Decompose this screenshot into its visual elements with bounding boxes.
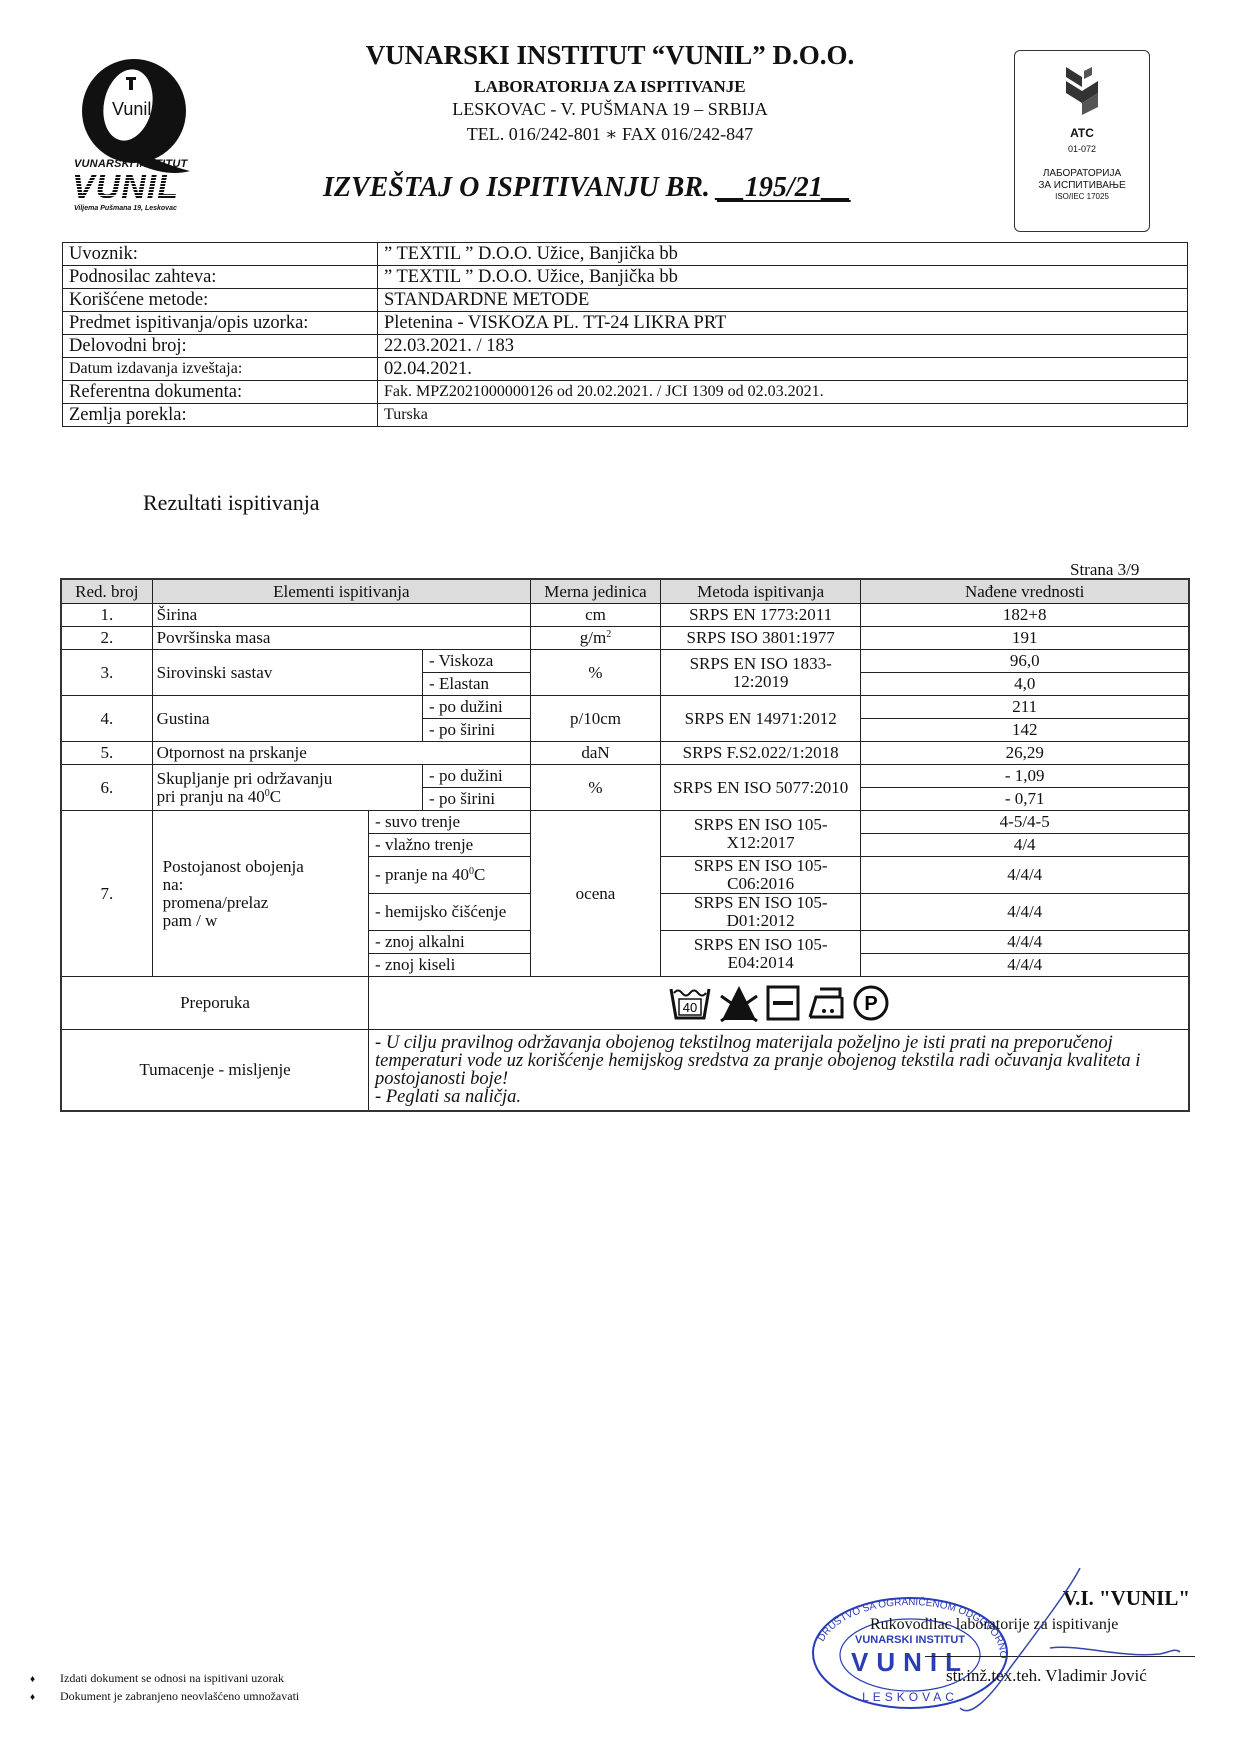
- row-value: 4,0: [861, 673, 1189, 696]
- org-address: LESKOVAC - V. PUŠMANA 19 – SRBIJA: [300, 99, 920, 120]
- logo-address: Viljema Pušmana 19, Leskovac: [74, 205, 177, 212]
- note-item: Izdati dokument se odnosi na ispitivani …: [30, 1670, 299, 1688]
- accreditation-badge: ATC 01-072 ЛАБОРАТОРИЈА ЗА ИСПИТИВАЊЕ IS…: [1014, 50, 1150, 232]
- info-row: Delovodni broj:22.03.2021. / 183: [63, 335, 1188, 358]
- report-number: __195/21__: [717, 172, 851, 203]
- info-row: Referentna dokumenta:Fak. MPZ20210000001…: [63, 381, 1188, 404]
- row-no: 6.: [61, 765, 152, 811]
- recommendation-label: Preporuka: [61, 977, 369, 1030]
- row-value: 4-5/4-5: [861, 811, 1189, 834]
- row-sub-label: - po širini: [423, 788, 531, 811]
- element-line: na:: [163, 876, 364, 894]
- row-value: 211: [861, 696, 1189, 719]
- element-line: Skupljanje pri održavanju: [157, 770, 418, 788]
- row-sub-label: - znoj kiseli: [369, 954, 531, 977]
- info-label: Uvoznik:: [63, 243, 378, 266]
- info-label: Predmet ispitivanja/opis uzorka:: [63, 312, 378, 335]
- handwritten-signature: [930, 1568, 1190, 1718]
- atc-lab-line2: ЗА ИСПИТИВАЊЕ: [1015, 180, 1149, 192]
- row-unit: p/10cm: [531, 696, 661, 742]
- atc-standard: ISO/IEC 17025: [1015, 192, 1149, 201]
- row-method: SRPS ISO 3801:1977: [660, 627, 860, 650]
- note-item: Dokument je zabranjeno neovlašćeno umnož…: [30, 1688, 299, 1706]
- table-row: 7. Postojanost obojenja na: promena/prel…: [61, 811, 1189, 834]
- info-label: Datum izdavanja izveštaja:: [63, 358, 378, 381]
- row-sub-label: - po širini: [423, 719, 531, 742]
- report-title: IZVEŠTAJ O ISPITIVANJU BR. __195/21__: [323, 172, 851, 204]
- lab-name: LABORATORIJA ZA ISPITIVANJE: [300, 77, 920, 97]
- row-method: SRPS EN ISO 105-X12:2017: [660, 811, 860, 857]
- row-value: 4/4/4: [861, 894, 1189, 931]
- row-method: SRPS F.S2.022/1:2018: [660, 742, 860, 765]
- dry-clean-p-icon: P: [852, 984, 890, 1022]
- header-value: Nađene vrednosti: [861, 579, 1189, 604]
- row-value: 142: [861, 719, 1189, 742]
- info-value: Pletenina - VISKOZA PL. TT-24 LIKRA PRT: [378, 312, 1188, 335]
- element-line: Postojanost obojenja: [163, 858, 364, 876]
- row-element: Otpornost na prskanje: [152, 742, 530, 765]
- element-line: promena/prelaz: [163, 894, 364, 912]
- table-row: 5. Otpornost na prskanje daN SRPS F.S2.0…: [61, 742, 1189, 765]
- results-header-row: Red. broj Elementi ispitivanja Merna jed…: [61, 579, 1189, 604]
- header-method: Metoda ispitivanja: [660, 579, 860, 604]
- row-sub-label: - hemijsko čišćenje: [369, 894, 531, 931]
- unit-sup: 2: [606, 629, 611, 640]
- row-element: Površinska masa: [152, 627, 530, 650]
- row-unit: %: [531, 765, 661, 811]
- info-row: Korišćene metode:STANDARDNE METODE: [63, 289, 1188, 312]
- row-method: SRPS EN ISO 105-C06:2016: [660, 857, 860, 894]
- row-sub-label: - pranje na 400C: [369, 857, 531, 894]
- results-title: Rezultati ispitivanja: [143, 490, 320, 516]
- row-sub-label: - po dužini: [423, 696, 531, 719]
- element-text: pri pranju na 40: [157, 787, 265, 806]
- atc-mark-icon: [1062, 63, 1102, 115]
- row-method: SRPS EN ISO 1833-12:2019: [660, 650, 860, 696]
- interpretation-text: - U cilju pravilnog održavanja obojenog …: [369, 1030, 1189, 1112]
- info-row: Uvoznik:” TEXTIL ” D.O.O. Užice, Banjičk…: [63, 243, 1188, 266]
- row-value: 191: [861, 627, 1189, 650]
- page-indicator: Strana 3/9: [1070, 560, 1139, 580]
- row-value: 182+8: [861, 604, 1189, 627]
- interpretation-label: Tumacenje - misljenje: [61, 1030, 369, 1112]
- row-unit: daN: [531, 742, 661, 765]
- info-value: Turska: [378, 404, 1188, 427]
- row-no: 3.: [61, 650, 152, 696]
- row-value: 26,29: [861, 742, 1189, 765]
- info-value: ” TEXTIL ” D.O.O. Užice, Banjička bb: [378, 266, 1188, 289]
- row-element: Skupljanje pri održavanju pri pranju na …: [152, 765, 422, 811]
- org-contact: TEL. 016/242-801 ∗ FAX 016/242-847: [300, 124, 920, 145]
- row-method: SRPS EN 1773:2011: [660, 604, 860, 627]
- atc-lab-line1: ЛАБОРАТОРИЈА: [1015, 168, 1149, 180]
- info-row: Predmet ispitivanja/opis uzorka:Pletenin…: [63, 312, 1188, 335]
- no-bleach-icon: [718, 984, 760, 1022]
- table-row: 2. Površinska masa g/m2 SRPS ISO 3801:19…: [61, 627, 1189, 650]
- row-value: - 1,09: [861, 765, 1189, 788]
- row-no: 5.: [61, 742, 152, 765]
- row-no: 7.: [61, 811, 152, 977]
- row-method: SRPS EN ISO 105-E04:2014: [660, 931, 860, 977]
- atc-number: 01-072: [1015, 144, 1149, 154]
- header-unit: Merna jedinica: [531, 579, 661, 604]
- row-sub-label: - suvo trenje: [369, 811, 531, 834]
- info-value: STANDARDNE METODE: [378, 289, 1188, 312]
- info-label: Delovodni broj:: [63, 335, 378, 358]
- info-row: Datum izdavanja izveštaja:02.04.2021.: [63, 358, 1188, 381]
- svg-text:Vunil: Vunil: [112, 99, 151, 119]
- info-value: 02.04.2021.: [378, 358, 1188, 381]
- org-name: VUNARSKI INSTITUT “VUNIL” D.O.O.: [300, 40, 920, 71]
- row-value: - 0,71: [861, 788, 1189, 811]
- info-label: Zemlja porekla:: [63, 404, 378, 427]
- row-value: 4/4/4: [861, 857, 1189, 894]
- info-row: Podnosilac zahteva:” TEXTIL ” D.O.O. Uži…: [63, 266, 1188, 289]
- svg-text:40: 40: [682, 1000, 696, 1015]
- row-no: 1.: [61, 604, 152, 627]
- row-sub-label: - znoj alkalni: [369, 931, 531, 954]
- row-sub-label: - po dužini: [423, 765, 531, 788]
- row-element: Gustina: [152, 696, 422, 742]
- footer-notes: Izdati dokument se odnosi na ispitivani …: [30, 1670, 299, 1706]
- info-label: Podnosilac zahteva:: [63, 266, 378, 289]
- interpretation-line: - Peglati sa naličja.: [375, 1088, 1182, 1106]
- info-label: Korišćene metode:: [63, 289, 378, 312]
- row-value: 4/4/4: [861, 931, 1189, 954]
- sub-label-tail: C: [474, 865, 485, 884]
- results-table: Red. broj Elementi ispitivanja Merna jed…: [60, 578, 1190, 1112]
- info-value: ” TEXTIL ” D.O.O. Užice, Banjička bb: [378, 243, 1188, 266]
- sub-label-text: - pranje na 40: [375, 865, 469, 884]
- svg-text:P: P: [864, 993, 877, 1015]
- element-line: pri pranju na 400C: [157, 788, 418, 806]
- row-value: 4/4: [861, 834, 1189, 857]
- row-method: SRPS EN 14971:2012: [660, 696, 860, 742]
- row-no: 4.: [61, 696, 152, 742]
- atc-name: ATC: [1015, 126, 1149, 140]
- element-line: pam / w: [163, 912, 364, 930]
- row-method: SRPS EN ISO 105-D01:2012: [660, 894, 860, 931]
- iron-medium-icon: [806, 985, 846, 1021]
- row-element: Širina: [152, 604, 530, 627]
- info-row: Zemlja porekla:Turska: [63, 404, 1188, 427]
- flat-dry-icon: [766, 985, 800, 1021]
- row-sub-label: - vlažno trenje: [369, 834, 531, 857]
- info-value: Fak. MPZ2021000000126 od 20.02.2021. / J…: [378, 381, 1188, 404]
- table-row: 4. Gustina - po dužini p/10cm SRPS EN 14…: [61, 696, 1189, 719]
- wash-40-icon: 40: [668, 985, 712, 1021]
- row-no: 2.: [61, 627, 152, 650]
- row-sub-label: - Elastan: [423, 673, 531, 696]
- care-symbols: 40 P: [369, 977, 1189, 1030]
- info-label: Referentna dokumenta:: [63, 381, 378, 404]
- row-unit: cm: [531, 604, 661, 627]
- table-row: 3. Sirovinski sastav - Viskoza % SRPS EN…: [61, 650, 1189, 673]
- table-row: 6. Skupljanje pri održavanju pri pranju …: [61, 765, 1189, 788]
- row-method: SRPS EN ISO 5077:2010: [660, 765, 860, 811]
- element-tail: C: [270, 787, 281, 806]
- row-unit: g/m2: [531, 627, 661, 650]
- header-no: Red. broj: [61, 579, 152, 604]
- recommendation-row: Preporuka 40: [61, 977, 1189, 1030]
- interpretation-row: Tumacenje - misljenje - U cilju pravilno…: [61, 1030, 1189, 1112]
- row-sub-label: - Viskoza: [423, 650, 531, 673]
- header-element: Elementi ispitivanja: [152, 579, 530, 604]
- row-element: Sirovinski sastav: [152, 650, 422, 696]
- row-value: 96,0: [861, 650, 1189, 673]
- interpretation-line: - U cilju pravilnog održavanja obojenog …: [375, 1034, 1182, 1088]
- row-value: 4/4/4: [861, 954, 1189, 977]
- unit-text: g/m: [580, 628, 606, 647]
- row-unit: ocena: [531, 811, 661, 977]
- logo-brand: VUNIL: [72, 170, 179, 204]
- info-value: 22.03.2021. / 183: [378, 335, 1188, 358]
- row-element: Postojanost obojenja na: promena/prelaz …: [152, 811, 368, 977]
- report-title-label: IZVEŠTAJ O ISPITIVANJU BR.: [323, 172, 717, 203]
- row-unit: %: [531, 650, 661, 696]
- sample-info-table: Uvoznik:” TEXTIL ” D.O.O. Užice, Banjičk…: [62, 242, 1188, 427]
- table-row: 1. Širina cm SRPS EN 1773:2011 182+8: [61, 604, 1189, 627]
